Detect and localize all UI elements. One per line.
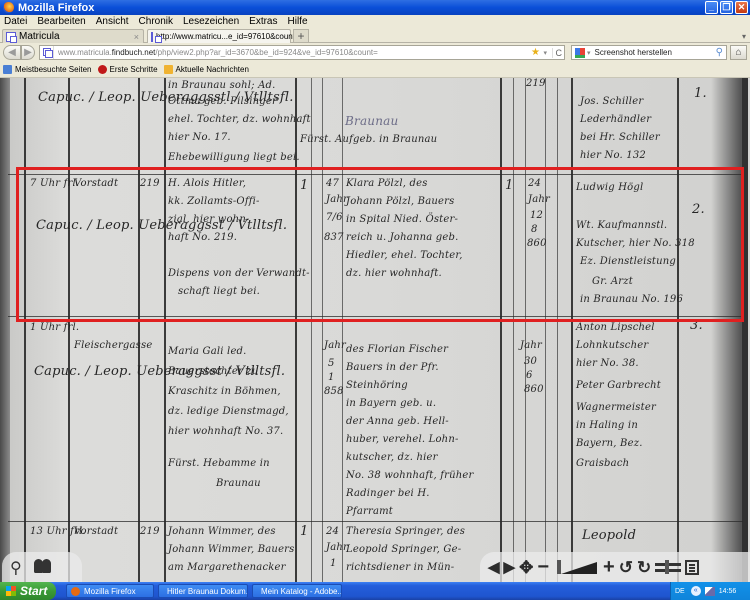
entry-text: Ehebewilligung liegt bei. [168,152,300,163]
menu-hilfe[interactable]: Hilfe [288,16,308,27]
reload-icon[interactable]: C [552,48,563,58]
godparent-text: Graisbach [576,458,629,469]
bookmark-erste-schritte[interactable]: Erste Schritte [98,65,158,74]
age-value: 1 [300,524,308,539]
godparent-text: Lederhändler [580,114,651,125]
firefox-icon [71,587,80,596]
house-number: 219 [526,78,546,89]
entry-number: 1. [694,86,707,101]
mother-text: Steinhöring [346,380,408,391]
entry-note: Fürst. Aufgeb. in Braunau [300,134,437,145]
mother-text: kutscher, dz. hier [346,452,438,463]
column-line [24,78,26,582]
home-button[interactable]: ⌂ [730,45,747,60]
page-list-icon[interactable] [685,560,699,575]
mother-text: hier wohnhaft No. 37. [168,426,283,437]
system-tray: DE « 14:56 [670,582,750,600]
firefox-red-icon [98,65,107,74]
url-path: /php/view2.php?ar_id=3670&be_id=924&ve_i… [155,48,377,57]
viewer-toolbar-right: ◀ ▶ ✥ − + ↺ ↻ [480,552,750,582]
godparent-text: Lohnkutscher [576,340,648,351]
magnifier-icon[interactable]: ⚲ [10,558,22,578]
tab-label: Matricula [19,31,60,42]
close-button[interactable]: ✕ [735,1,748,14]
clock[interactable]: 14:56 [719,588,737,595]
firefox-logo-icon [3,2,14,13]
mother-text: Braunau [216,478,261,489]
column-line [138,78,140,582]
zoom-slider[interactable] [553,560,599,574]
window-title: Mozilla Firefox [18,2,94,14]
rss-feed-icon [164,65,173,74]
column-line [311,78,312,582]
column-line [500,78,502,582]
column-line [545,78,546,582]
godparent-text: Anton Lipschel [576,322,655,333]
bookmark-meistbesuchte-seiten[interactable]: Meistbesuchte Seiten [3,65,92,74]
mother-text: Fürst. Hebamme in [168,458,270,469]
task-label: Hitler Braunau Dokum... [167,587,248,596]
url-prefix: www.matricula. [58,48,112,57]
search-engine-dropdown-icon[interactable]: ▾ [587,49,591,57]
windows-taskbar: Start Mozilla Firefox Hitler Braunau Dok… [0,582,750,600]
document-viewer[interactable]: Capuc. / Leop. Ueberaggsstl / Vtlltsfl. … [0,78,750,582]
tabs-dropdown-icon[interactable]: ▾ [742,32,746,41]
page-right-edge [742,78,748,582]
mother-text: richtsdiener in Mün- [346,562,454,573]
mother-text: Kraschitz in Böhmen, [168,386,281,397]
entry-text: ehel. Tochter, dz. wohnhaft [168,114,311,125]
matricula-favicon-icon [151,32,153,42]
father-text: Johann Wimmer, Bauers [168,544,295,555]
search-icon[interactable]: ⚲ [716,47,723,58]
taskbar-item-firefox[interactable]: Mozilla Firefox [66,584,154,598]
site-identity-icon[interactable] [40,46,54,59]
taskbar-item-adobe-katalog[interactable]: Mein Katalog - Adobe... [252,584,342,598]
entry-text: hier No. 17. [168,132,231,143]
mother-text: Bauerstochter zu [168,366,258,377]
column-line [342,78,343,582]
column-line [164,78,166,582]
mother-text: Bauers in der Pfr. [346,362,439,373]
bookmark-aktuelle-nachrichten[interactable]: Aktuelle Nachrichten [164,65,249,74]
street: Fleischergasse [74,340,152,351]
godparent-text: bei Hr. Schiller [580,132,660,143]
network-icon[interactable] [705,587,715,596]
bookmark-label: Meistbesuchte Seiten [15,65,92,74]
rotate-right-icon[interactable]: ↻ [637,559,651,576]
age-value: 1 [330,558,337,569]
column-line [513,78,514,582]
column-line [571,78,573,582]
column-line [525,78,526,582]
menu-lesezeichen[interactable]: Lesezeichen [183,16,239,27]
age-value: Jahr [326,542,348,553]
show-hidden-icons-button[interactable]: « [691,586,701,596]
rotate-left-icon[interactable]: ↺ [619,559,633,576]
column-line [557,78,558,582]
mother-text: No. 38 wohnhaft, früher [346,470,473,481]
godparent-text: Wagnermeister [576,402,656,413]
mother-text: dz. ledige Dienstmagd, [168,406,289,417]
back-button[interactable]: ◀ [3,45,21,60]
godparent-text: hier No. 38. [576,358,639,369]
godparent-text: Leopold [582,528,636,543]
age-value: 1 [328,372,335,383]
viewer-toolbar-left: ⚲ [2,552,82,582]
age-value: Jahr [520,340,542,351]
father-text: am Margarethenacker [168,562,286,573]
task-label: Mozilla Firefox [84,587,136,596]
tab-label: http://www.matricu...e_id=97610&count= [156,32,300,41]
age-value: 24 [326,526,339,537]
url-bar[interactable]: www.matricula. findbuch.net /php/view2.p… [39,45,565,60]
mother-text: Leopold Springer, Ge- [346,544,461,555]
mother-text: huber, verehel. Lohn- [346,434,459,445]
start-button[interactable]: Start [0,582,56,600]
entry-text: Ottma geb. Pilsinger [168,96,277,107]
mother-text: Maria Gali led. [168,346,247,357]
tab-close-icon[interactable]: × [134,32,139,42]
age-value: 860 [524,384,544,395]
bookmarks-toolbar: Meistbesuchte Seiten Erste Schritte Aktu… [0,62,750,78]
age-value: 858 [324,386,344,397]
mother-text: in Bayern geb. u. [346,398,436,409]
birth-time: 1 Uhr frl. [30,322,79,333]
restore-button[interactable]: ❐ [720,1,733,14]
godparent-text: Bayern, Bez. [576,438,643,449]
minimize-button[interactable]: _ [705,1,718,14]
menu-chronik[interactable]: Chronik [139,16,173,27]
taskbar-item-hitler-braunau[interactable]: Hitler Braunau Dokum... [158,584,248,598]
forward-button[interactable]: ▶ [21,45,35,60]
url-history-dropdown-icon[interactable]: ▾ [543,49,547,57]
mother-text: Radinger bei H. [346,488,430,499]
age-value: 30 [524,356,537,367]
tab-bar: Matricula × http://www.matricu...e_id=97… [0,28,750,43]
menu-ansicht[interactable]: Ansicht [96,16,129,27]
navigation-bar: ◀ ▶ www.matricula. findbuch.net /php/vie… [0,43,750,62]
mother-text: Theresia Springer, des [346,526,465,537]
row-line [8,521,743,522]
father-text: Johann Wimmer, des [168,526,276,537]
bookmark-label: Aktuelle Nachrichten [176,65,249,74]
mother-text: der Anna geb. Hell- [346,416,449,427]
page-edge [0,78,10,582]
age-value: 5 [328,358,335,369]
mother-text: Pfarramt [346,506,393,517]
age-value: Jahr [324,340,346,351]
matricula-favicon-icon [6,32,16,42]
menu-extras[interactable]: Extras [249,16,277,27]
godparent-text: Jos. Schiller [580,96,643,107]
highlight-box [16,167,744,322]
zoom-in-icon[interactable]: + [603,557,615,577]
previous-page-icon[interactable]: ◀ [488,560,500,575]
tab-matricula[interactable]: Matricula × [2,29,144,43]
entry-text: in Braunau sohl; Ad. [168,80,276,91]
street: Vorstadt [74,526,118,537]
pan-icon[interactable]: ✥ [519,559,533,576]
braunau-stamp: Braunau [345,114,398,128]
menu-datei[interactable]: Datei [4,16,27,27]
window-titlebar: Mozilla Firefox _ ❐ ✕ [0,0,750,15]
bookmark-star-icon[interactable]: ★ [531,47,540,58]
new-tab-button[interactable]: + [293,29,309,43]
godparent-text: in Haling in [576,420,638,431]
godparent-text: hier No. 132 [580,150,646,161]
zoom-out-icon[interactable]: − [537,557,549,577]
next-page-icon[interactable]: ▶ [504,560,516,575]
windows-logo-icon [6,586,16,596]
search-bar[interactable]: ▾ Screenshot herstellen ⚲ [571,45,727,60]
most-visited-icon [3,65,12,74]
bookmark-label: Erste Schritte [110,65,158,74]
tab-current-url[interactable]: http://www.matricu...e_id=97610&count= × [147,29,291,43]
godparent-text: Peter Garbrecht [576,380,661,391]
language-indicator[interactable]: DE [675,588,685,595]
menu-bearbeiten[interactable]: Bearbeiten [37,16,85,27]
house-number: 219 [140,526,160,537]
column-line [677,78,679,582]
start-label: Start [20,584,47,598]
mother-text: des Florian Fischer [346,344,448,355]
google-search-engine-icon[interactable] [575,48,585,58]
window-controls: _ ❐ ✕ [705,1,748,14]
age-value: 6 [526,370,533,381]
contrast-slider-icon[interactable] [655,560,681,574]
menu-bar: Datei Bearbeiten Ansicht Chronik Lesezei… [0,15,750,28]
people-icon[interactable] [34,559,52,573]
url-domain: findbuch.net [112,48,156,57]
task-label: Mein Katalog - Adobe... [261,587,342,596]
search-input[interactable]: Screenshot herstellen [595,48,672,57]
tab-close-icon[interactable]: × [281,32,286,42]
column-line [322,78,323,582]
